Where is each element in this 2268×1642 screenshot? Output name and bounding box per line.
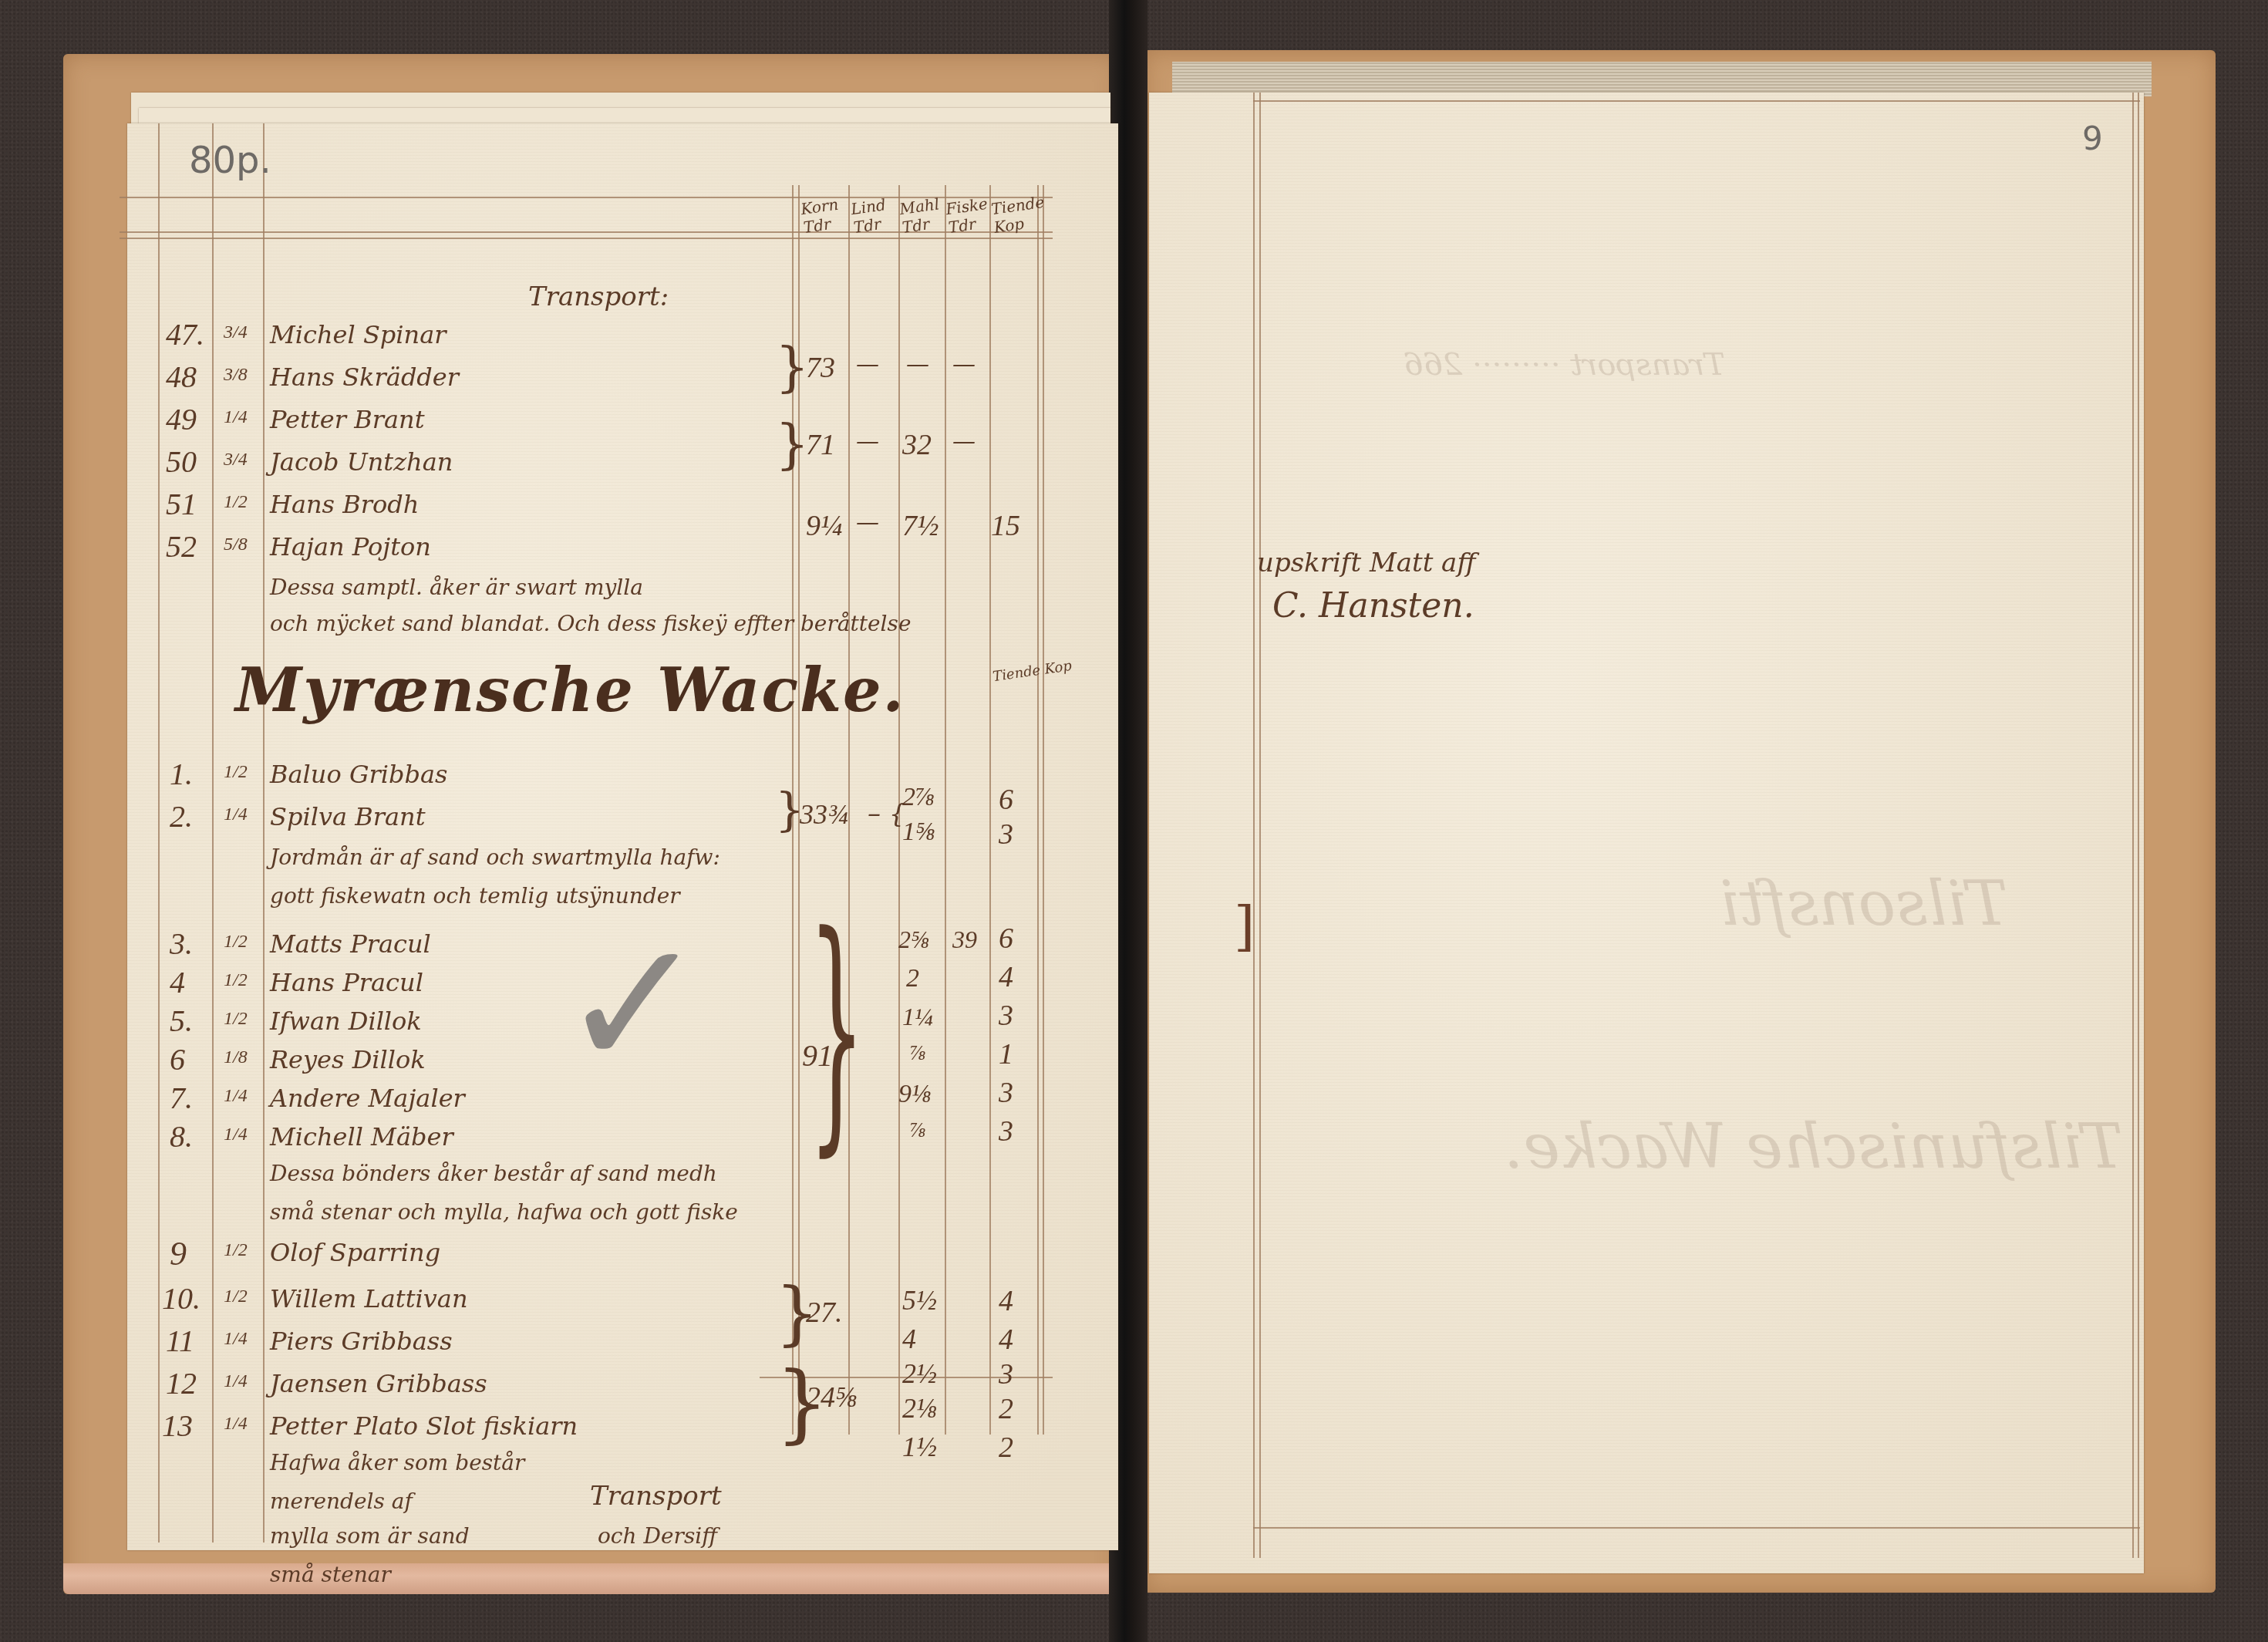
amount-cell: 1⅝ [902,818,935,847]
row-number: 50 [166,443,197,480]
note-line: små stenar och mylla, hafwa och gott fis… [270,1199,738,1225]
annotation-signature: C. Hansten. [1272,586,1474,625]
row-share: 1/2 [224,492,248,513]
row-number: 3. [170,926,193,962]
row-number: 9 [170,1234,187,1273]
bleed-through-text: Transport ········· 266 [1404,347,1725,383]
note-line: Hafwa åker som består [270,1450,524,1475]
amount-cell: 3 [999,1357,1013,1391]
amount-cell: 5½ [902,1284,937,1317]
right-page-edges [1172,62,2152,96]
amount-cell: — [952,428,976,455]
amount-cell: 3 [999,999,1013,1033]
transport-label-bottom: Transport [590,1481,722,1512]
amount-cell: 1 [999,1037,1013,1071]
note-line: Dessa bönders åker består af sand medh [270,1161,717,1186]
ruling-line [1037,185,1039,1435]
row-share: 1/4 [224,1124,248,1145]
amount-cell: 2 [999,1431,1013,1465]
row-share: 1/2 [224,1009,248,1030]
amount-cell: — [906,351,929,378]
column-header-extra: Tiende Kop [992,658,1073,685]
amount-cell: 2⅞ [902,783,935,812]
row-number: 8. [170,1118,193,1155]
amount-cell: 2 [906,964,919,993]
row-name: Andere Majaler [270,1084,465,1113]
column-header-korn: Korn Tdr [800,194,851,237]
ruling-line [1253,100,2140,102]
note-line: Dessa samptl. åker är swart mylla [270,575,643,600]
amount-cell: 9⅛ [898,1080,932,1109]
row-share: 1/2 [224,932,248,952]
row-share: 3/8 [224,365,248,386]
note-line: merendels af [270,1489,413,1514]
section-heading: Myrænsche Wacke. [235,656,905,726]
note-line: mylla som är sand [270,1523,470,1549]
left-page: 80p. Korn Tdr Lind Tdr Mahl Tdr Fiske Td… [127,123,1118,1550]
amount-cell: 15 [991,509,1020,543]
folio-mark: 80p. [189,139,271,182]
row-number: 12 [166,1365,197,1401]
amount-dash: – { [868,798,905,829]
ruling-line [263,123,265,1543]
amount-cell: 4 [902,1323,916,1355]
ruling-line [989,185,991,1435]
row-number: 5. [170,1003,193,1039]
ruling-line [1259,93,1261,1558]
amount-cell: 6 [999,783,1013,817]
amount-cell: — [856,351,879,378]
row-share: 1/4 [224,1086,248,1107]
annotation-line: upskrift Matt aff [1257,548,1475,578]
ruling-line [2138,93,2139,1558]
ruling-line [1253,1527,2140,1529]
amount-cell: 71 [806,428,835,462]
row-name: Jaensen Gribbass [270,1369,487,1398]
row-share: 1/4 [224,804,248,825]
amount-cell: 3 [999,1076,1013,1110]
ruling-line [1043,185,1044,1435]
note-line: små stenar [270,1562,391,1587]
right-page: 9 upskrift Matt aff C. Hansten. ] Tilson… [1149,93,2144,1573]
amount-cell: 3 [999,1114,1013,1148]
row-number: 47. [166,316,204,352]
note-line: Jordmån är af sand och swartmylla hafw: [270,845,720,870]
amount-cell: 33¾ [800,798,848,831]
amount-cell: 4 [999,1323,1013,1357]
row-share: 1/4 [224,1329,248,1350]
row-name: Baluo Gribbas [270,760,447,789]
amount-cell: 39 [952,926,977,954]
amount-cell: 1¼ [902,1003,933,1031]
ruling-line [212,123,214,1543]
amount-cell: 2⅛ [902,1392,937,1425]
row-number: 51 [166,486,197,522]
row-number: 11 [166,1323,194,1359]
grouping-brace: } [775,335,810,399]
row-share: 3/4 [224,450,248,470]
row-number: 10. [162,1280,201,1317]
amount-cell: 3 [999,818,1013,851]
column-header-fiske: Fiske Tdr [945,194,996,237]
ruling-line [1253,93,1255,1558]
row-share: 1/4 [224,1414,248,1435]
amount-cell: 9¼ [806,509,843,543]
amount-cell: 24⅝ [806,1381,858,1414]
row-share: 1/2 [224,762,248,783]
row-name: Matts Pracul [270,929,431,959]
row-name: Hans Brodh [270,490,419,519]
row-number: 52 [166,528,197,565]
ruling-line [945,185,946,1435]
note-line: och mÿcket sand blandat. Och dess fiskeÿ… [270,611,911,636]
pencil-check-mark: ✓ [559,902,708,1108]
row-share: 1/2 [224,970,248,991]
row-name: Reyes Dillok [270,1045,426,1074]
grouping-brace: } [808,902,864,1157]
amount-cell: 91. [802,1037,841,1074]
row-name: Hans Pracul [270,968,423,997]
bracket-mark: ] [1234,895,1255,958]
transport-label-top: Transport: [528,282,669,312]
transport-sub: och Dersiff [598,1523,717,1549]
row-name: Piers Gribbass [270,1327,453,1356]
amount-cell: 4 [999,960,1013,994]
column-header-tiende: Tiende Kop [990,194,1041,237]
bleed-through-text: Tilsfunische Wacke. [1504,1111,2123,1182]
row-number: 2. [170,798,193,834]
amount-cell: ⅞ [910,1041,926,1066]
row-name: Spilva Brant [270,802,426,831]
row-number: 7. [170,1080,193,1116]
column-header-lind: Lind Tdr [850,194,901,237]
ruling-line [848,185,850,1435]
amount-cell: 4 [999,1284,1013,1318]
amount-cell: 32 [902,428,932,462]
page-number: 9 [2082,120,2103,157]
row-name: Ifwan Dillok [270,1006,422,1036]
row-name: Olof Sparring [270,1238,440,1267]
amount-cell: 7½ [902,509,939,543]
amount-cell: 6 [999,922,1013,956]
row-number: 1. [170,756,193,792]
ruling-line [120,238,1053,239]
row-name: Petter Plato Slot fiskiarn [270,1411,578,1441]
row-name: Hans Skrädder [270,362,459,392]
amount-cell: 2 [999,1392,1013,1426]
row-name: Hajan Pojton [270,532,431,561]
amount-cell: — [856,509,879,536]
column-header-mahl: Mahl Tdr [898,194,949,237]
amount-cell: ⅞ [910,1118,926,1143]
row-share: 1/2 [224,1286,248,1307]
row-share: 1/8 [224,1047,248,1068]
row-number: 6 [170,1041,185,1077]
row-name: Willem Lattivan [270,1284,468,1313]
ruling-line [158,123,160,1543]
row-number: 13 [162,1408,193,1444]
grouping-brace: } [775,413,810,476]
row-number: 48 [166,359,197,395]
amount-cell: 1½ [902,1431,937,1463]
row-name: Michell Mäber [270,1122,453,1151]
amount-cell: 73 [806,351,835,385]
row-name: Petter Brant [270,405,425,434]
row-name: Jacob Untzhan [270,447,453,477]
row-share: 1/4 [224,1371,248,1392]
row-number: 4 [170,964,185,1000]
bleed-through-text: Tilsonsfti [1720,868,2008,939]
amount-cell: — [856,428,879,455]
row-name: Michel Spinar [270,320,447,349]
amount-cell: 2½ [902,1357,937,1390]
amount-cell: 2⅝ [898,926,929,954]
row-share: 1/2 [224,1240,248,1261]
row-number: 49 [166,401,197,437]
amount-cell: 27. [806,1296,843,1330]
ruling-line [2132,93,2134,1558]
row-share: 1/4 [224,407,248,428]
row-share: 3/4 [224,322,248,343]
row-share: 5/8 [224,534,248,555]
amount-cell: — [952,351,976,378]
